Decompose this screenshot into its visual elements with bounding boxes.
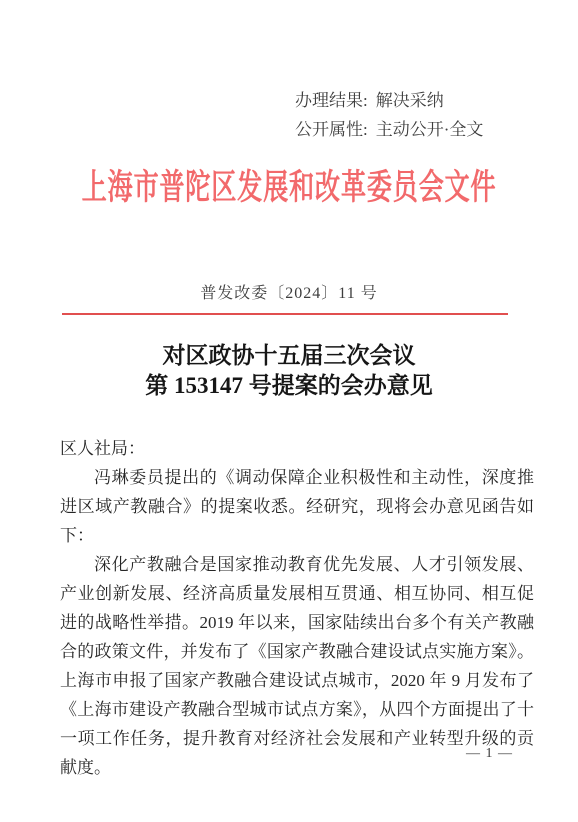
body-paragraph-1: 冯琳委员提出的《调动保障企业积极性和主动性，深度推进区域产教融合》的提案收悉。经…	[60, 463, 534, 550]
handling-result-row: 办理结果:解决采纳	[295, 86, 483, 115]
handling-result-label: 办理结果:	[295, 91, 368, 110]
document-meta: 办理结果:解决采纳 公开属性:主动公开·全文	[295, 86, 483, 144]
document-number: 普发改委〔2024〕11 号	[0, 283, 578, 305]
document-title: 对区政协十五届三次会议 第 153147 号提案的会办意见	[0, 341, 578, 401]
document-page: 办理结果:解决采纳 公开属性:主动公开·全文 上海市普陀区发展和改革委员会文件 …	[0, 0, 578, 822]
agency-title: 上海市普陀区发展和改革委员会文件	[81, 168, 497, 208]
document-title-line2: 第 153147 号提案的会办意见	[0, 371, 578, 401]
publicity-row: 公开属性:主动公开·全文	[295, 115, 483, 144]
document-title-line1: 对区政协十五届三次会议	[0, 341, 578, 371]
document-body: 区人社局： 冯琳委员提出的《调动保障企业积极性和主动性，深度推进区域产教融合》的…	[60, 434, 534, 782]
page-number: — 1 —	[466, 745, 513, 763]
salutation: 区人社局：	[60, 434, 534, 463]
red-divider-line	[62, 313, 508, 315]
body-paragraph-2: 深化产教融合是国家推动教育优先发展、人才引领发展、产业创新发展、经济高质量发展相…	[60, 550, 534, 782]
publicity-value: 主动公开·全文	[376, 120, 484, 139]
handling-result-value: 解决采纳	[376, 91, 444, 110]
publicity-label: 公开属性:	[295, 120, 368, 139]
